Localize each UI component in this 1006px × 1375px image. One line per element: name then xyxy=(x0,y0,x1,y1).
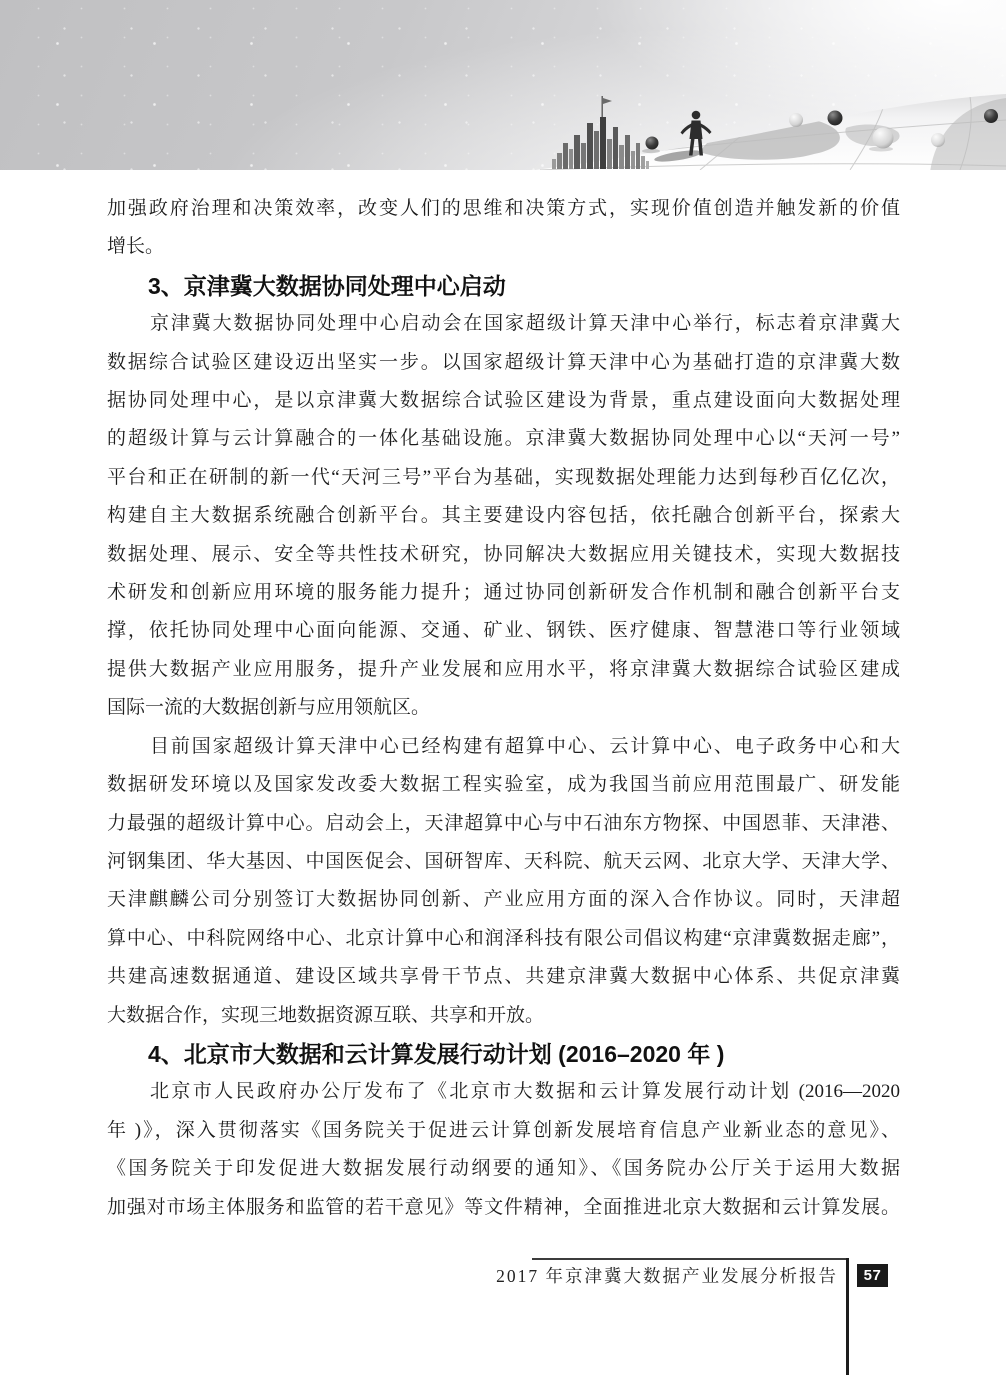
body-text-line: 加强政府治理和决策效率，改变人们的思维和决策方式，实现价值创造并触发新的价值 xyxy=(107,190,900,228)
paragraph-section3-1: 京津冀大数据协同处理中心启动会在国家超级计算天津中心举行，标志着京津冀大 数据综… xyxy=(107,305,900,727)
body-text-line: 大数据合作，实现三地数据资源互联、共享和开放。 xyxy=(107,997,900,1035)
section-heading-3: 3、京津冀大数据协同处理中心启动 xyxy=(107,267,900,305)
body-text-line: 河钢集团、华大基因、中国医促会、国研智库、天科院、航天云网、北京大学、天津大学、 xyxy=(107,843,900,881)
body-text-line: 平台和正在研制的新一代“天河三号”平台为基础，实现数据处理能力达到每秒百亿亿次， xyxy=(107,459,900,497)
footer-divider xyxy=(532,1258,848,1260)
body-text-line: 加强对市场主体服务和监管的若干意见》等文件精神，全面推进北京大数据和云计算发展。 xyxy=(107,1189,900,1227)
body-text-line: 京津冀大数据协同处理中心启动会在国家超级计算天津中心举行，标志着京津冀大 xyxy=(107,305,900,343)
body-text-line: 国际一流的大数据创新与应用领航区。 xyxy=(107,689,900,727)
body-text-line: 共建高速数据通道、建设区域共享骨干节点、共建京津冀大数据中心体系、共促京津冀 xyxy=(107,958,900,996)
body-text-line: 数据研发环境以及国家发改委大数据工程实验室，成为我国当前应用范围最广、研发能 xyxy=(107,766,900,804)
body-text-line: 增长。 xyxy=(107,228,900,266)
body-text-line: 据协同处理中心，是以京津冀大数据综合试验区建设为背景，重点建设面向大数据处理 xyxy=(107,382,900,420)
paragraph-section3-2: 目前国家超级计算天津中心已经构建有超算中心、云计算中心、电子政务中心和大 数据研… xyxy=(107,728,900,1035)
footer-vertical-rule xyxy=(846,1258,849,1375)
body-text-line: 天津麒麟公司分别签订大数据协同创新、产业应用方面的深入合作协议。同时，天津超 xyxy=(107,881,900,919)
banner-illustration xyxy=(0,0,1006,170)
paragraph-section4-1: 北京市人民政府办公厅发布了《北京市大数据和云计算发展行动计划 (2016—202… xyxy=(107,1073,900,1227)
body-text-line: 数据综合试验区建设迈出坚实一步。以国家超级计算天津中心为基础打造的京津冀大数 xyxy=(107,344,900,382)
section-heading-4: 4、北京市大数据和云计算发展行动计划 (2016–2020 年 ) xyxy=(107,1035,900,1073)
city-bars-graphic xyxy=(552,96,649,169)
body-text-line: 算中心、中科院网络中心、北京计算中心和润泽科技有限公司倡议构建“京津冀数据走廊”… xyxy=(107,920,900,958)
body-text-line: 《国务院关于印发促进大数据发展行动纲要的通知》、《国务院办公厅关于运用大数据 xyxy=(107,1150,900,1188)
body-text-line: 术研发和创新应用环境的服务能力提升；通过协同创新研发合作机制和融合创新平台支 xyxy=(107,574,900,612)
body-text-line: 目前国家超级计算天津中心已经构建有超算中心、云计算中心、电子政务中心和大 xyxy=(107,728,900,766)
body-text-line: 构建自主大数据系统融合创新平台。其主要建设内容包括，依托融合创新平台，探索大 xyxy=(107,497,900,535)
body-text-line: 力最强的超级计算中心。启动会上，天津超算中心与中石油东方物探、中国恩菲、天津港、 xyxy=(107,805,900,843)
body-text-line: 提供大数据产业应用服务，提升产业发展和应用水平，将京津冀大数据综合试验区建成 xyxy=(107,651,900,689)
paragraph-continued: 加强政府治理和决策效率，改变人们的思维和决策方式，实现价值创造并触发新的价值 增… xyxy=(107,190,900,267)
body-text-line: 数据处理、展示、安全等共性技术研究，协同解决大数据应用关键技术，实现大数据技 xyxy=(107,536,900,574)
body-text-line: 北京市人民政府办公厅发布了《北京市大数据和云计算发展行动计划 (2016—202… xyxy=(107,1073,900,1111)
header-banner-image xyxy=(0,0,1006,170)
body-text-line: 撑，依托协同处理中心面向能源、交通、矿业、钢铁、医疗健康、智慧港口等行业领域 xyxy=(107,612,900,650)
body-text-line: 年 )》，深入贯彻落实《国务院关于促进云计算创新发展培育信息产业新业态的意见》、 xyxy=(107,1112,900,1150)
report-page: 加强政府治理和决策效率，改变人们的思维和决策方式，实现价值创造并触发新的价值 增… xyxy=(0,0,1006,1375)
body-text-line: 的超级计算与云计算融合的一体化基础设施。京津冀大数据协同处理中心以“天河一号” xyxy=(107,420,900,458)
page-number-badge: 57 xyxy=(857,1264,888,1287)
page-content: 加强政府治理和决策效率，改变人们的思维和决策方式，实现价值创造并触发新的价值 增… xyxy=(107,190,900,1227)
footer-report-title: 2017 年京津冀大数据产业发展分析报告 xyxy=(496,1263,838,1288)
